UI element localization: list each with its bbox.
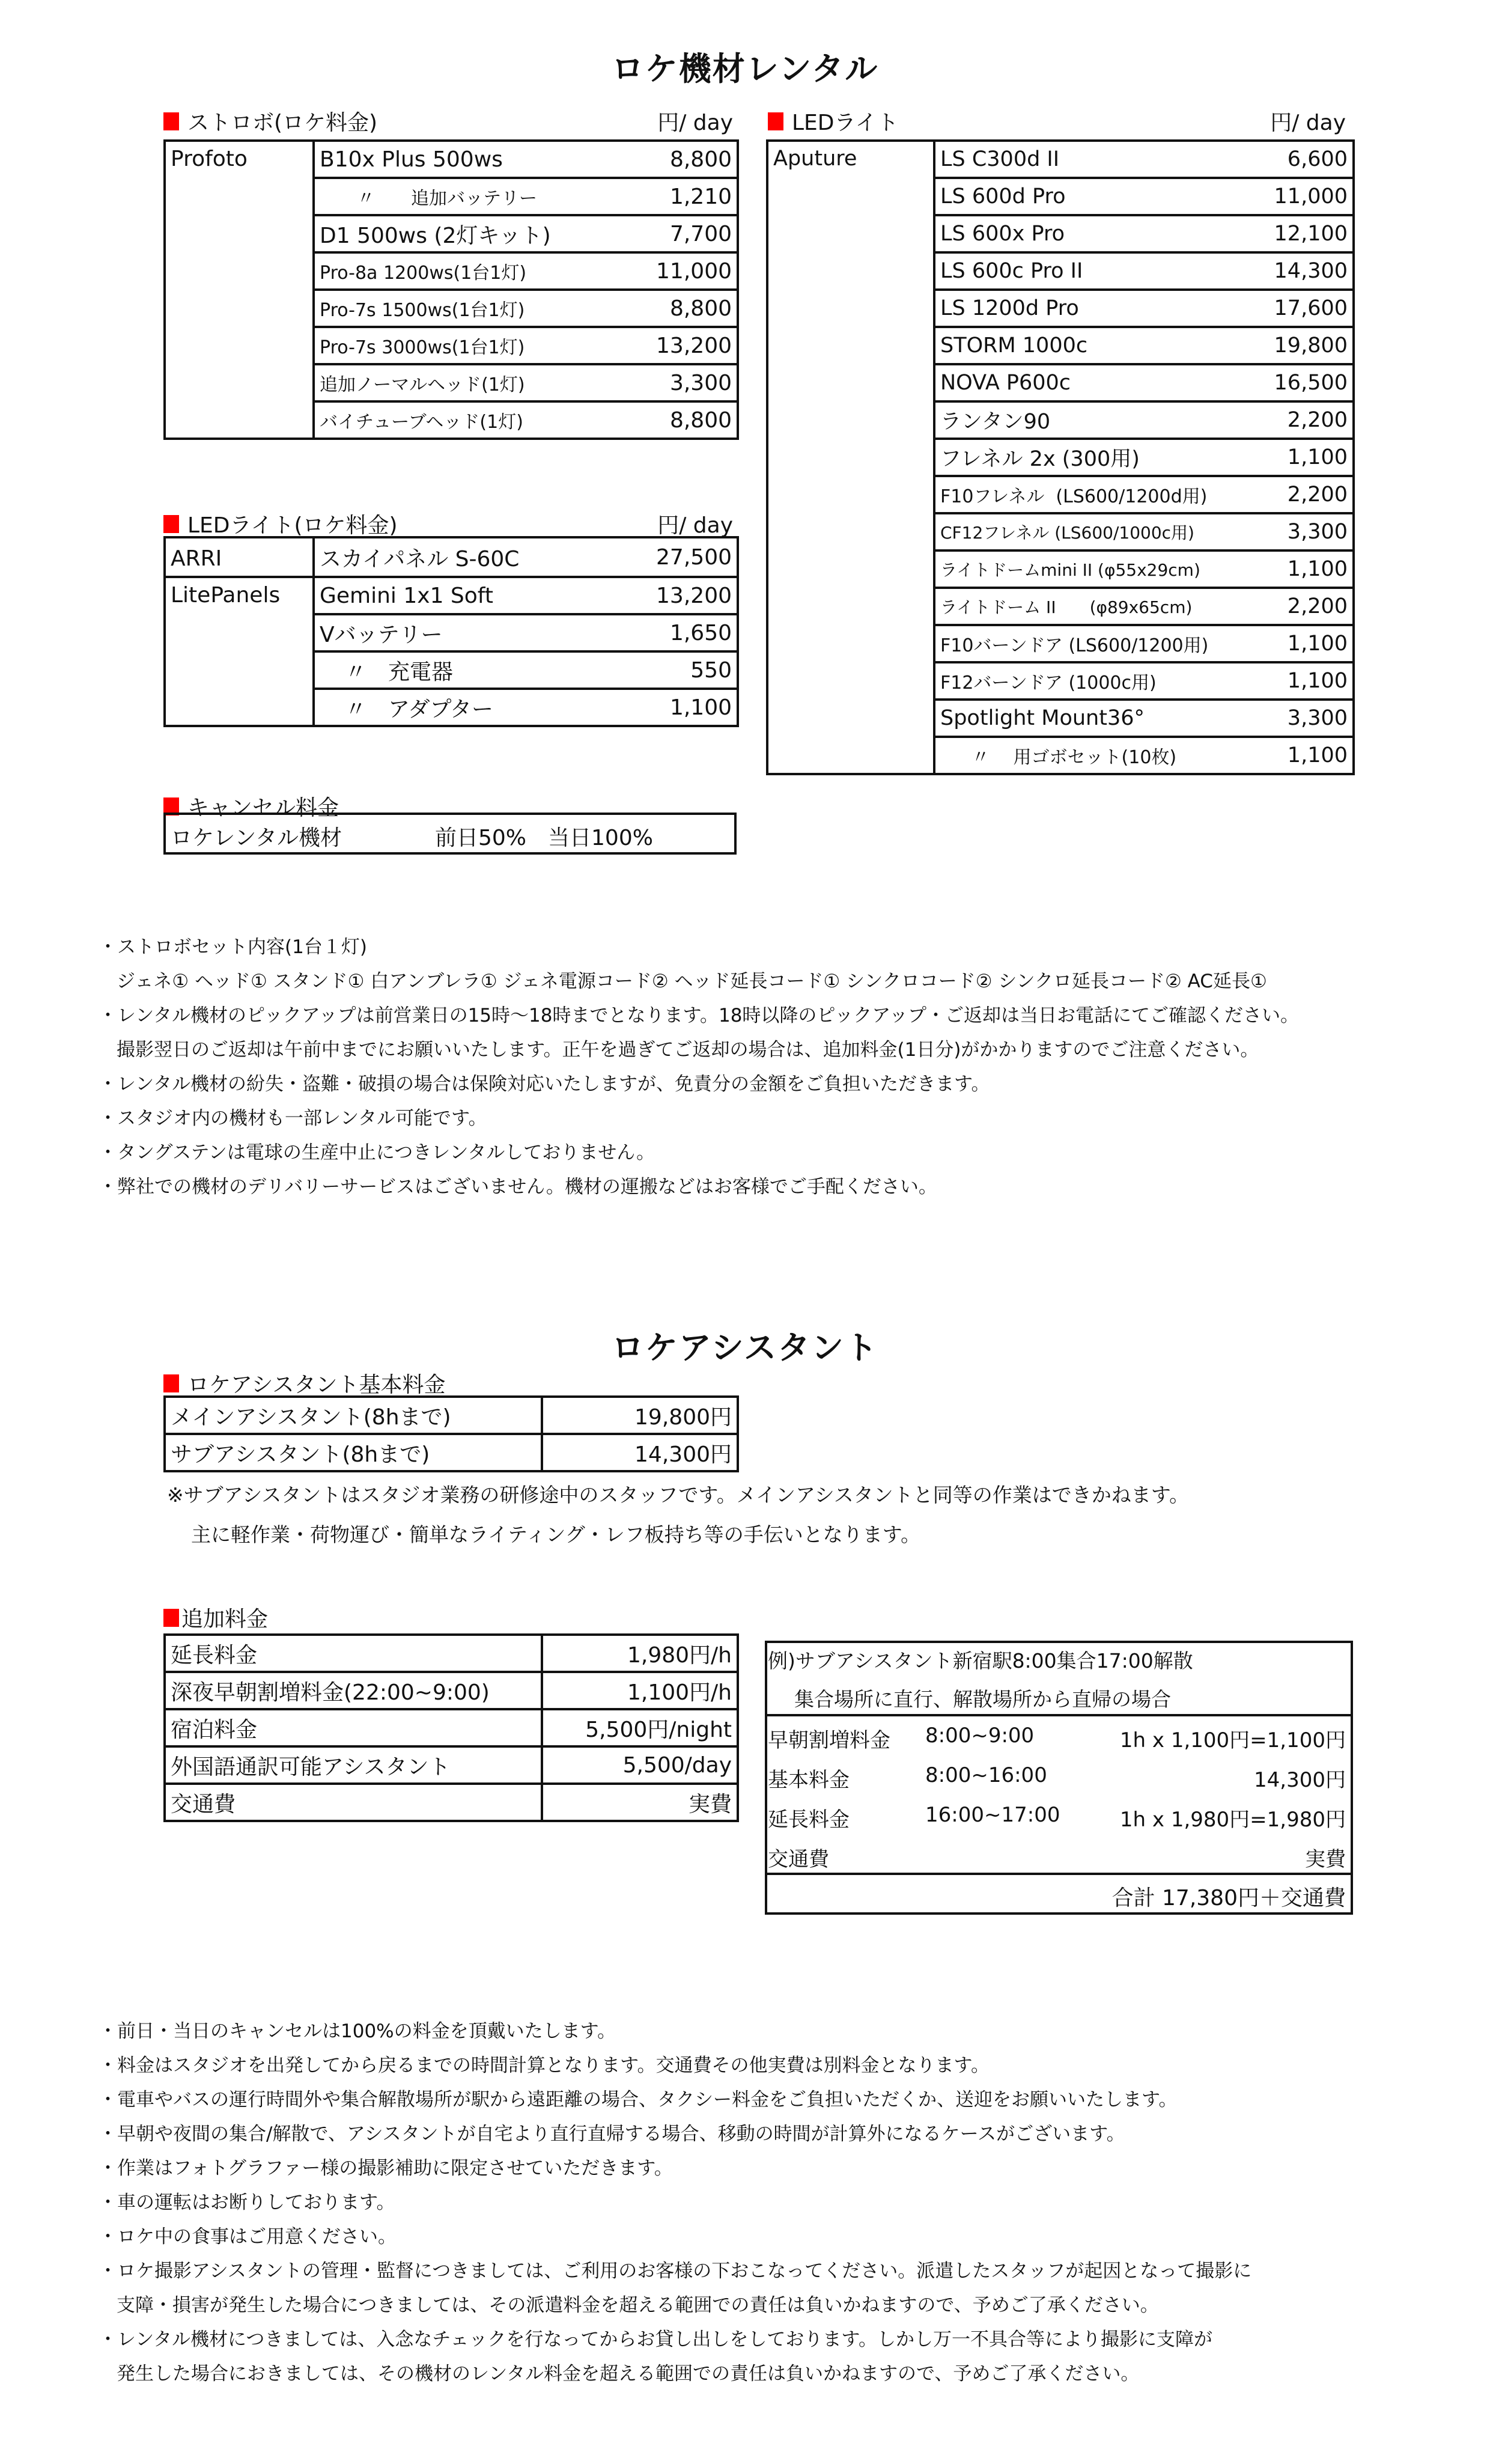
cancel-value: 前日50% 当日100% [435, 821, 653, 852]
item-name: Spotlight Mount36° [934, 700, 1247, 737]
note-line: ・レンタル機材のピックアップは前営業日の15時～18時までとなります。18時以降… [99, 999, 1299, 1033]
item-price: 14,300 [1247, 252, 1354, 290]
example-line-2: 集合場所に直行、解散場所から直帰の場合 [794, 1684, 1171, 1712]
led-location-price-table: ARRI スカイパネル S-60C 27,500 LitePanels Gemi… [163, 536, 739, 727]
item-price: 8,800 [626, 401, 738, 439]
item-name: F10フレネル (LS600/1200d用) [934, 476, 1247, 513]
note-line: ・作業はフォトグラファー様の撮影補助に限定させていただきます。 [99, 2151, 1251, 2186]
note-line: ・電車やバスの運行時間外や集合解散場所が駅から遠距離の場合、タクシー料金をご負担… [99, 2083, 1251, 2117]
row-value: 1,100円/h [542, 1672, 738, 1709]
item-name: LS 1200d Pro [934, 290, 1247, 327]
item-price: 3,300 [626, 364, 738, 401]
note-line: ・料金はスタジオを出発してから戻るまでの時間計算となります。交通費その他実費は別… [99, 2049, 1251, 2083]
table-row: メインアシスタント(8hまで) 19,800円 [165, 1397, 738, 1434]
note-line: ・レンタル機材の紛失・盗難・破損の場合は保険対応いたしますが、免責分の金額をご負… [99, 1067, 1299, 1102]
assistant-basic-table: メインアシスタント(8hまで) 19,800円 サブアシスタント(8hまで) 1… [163, 1395, 739, 1472]
item-price: 11,000 [626, 252, 738, 290]
cancel-label: ロケレンタル機材 [171, 821, 342, 852]
assistant-basic-heading: ロケアシスタント基本料金 [163, 1368, 445, 1398]
strobe-section-heading: ストロボ(ロケ料金) [163, 106, 377, 136]
row-value: 19,800円 [542, 1397, 738, 1434]
item-price: 7,700 [626, 215, 738, 252]
item-price: 1,650 [626, 614, 738, 651]
item-price: 13,200 [626, 577, 738, 614]
page-title-equipment-rental: ロケ機材レンタル [0, 43, 1490, 90]
example-total: 合計 17,380円＋交通費 [1057, 1881, 1346, 1912]
row-label: 深夜早朝割増料金(22:00~9:00) [165, 1672, 542, 1709]
note-line: ・車の運転はお断りしております。 [99, 2186, 1251, 2220]
note-line: ・ストロボセット内容(1台１灯) [99, 930, 1299, 965]
note-line: ・レンタル機材につきましては、入念なチェックを行なってからお貸し出しをしておりま… [99, 2323, 1251, 2357]
item-price: 6,600 [1247, 141, 1354, 178]
row-label: 宿泊料金 [165, 1709, 542, 1746]
led-location-section-heading: LEDライト(ロケ料金) [163, 508, 398, 539]
item-name: Pro-7s 3000ws(1台1灯) [314, 327, 626, 364]
item-price: 1,100 [1247, 439, 1354, 476]
red-square-icon [163, 515, 179, 533]
item-name: 〃 アダプター [314, 689, 626, 726]
item-price: 27,500 [626, 537, 738, 577]
item-price: 1,100 [1247, 737, 1354, 774]
table-row: LitePanels Gemini 1x1 Soft 13,200 [165, 577, 738, 614]
table-row: ARRI スカイパネル S-60C 27,500 [165, 537, 738, 577]
item-name: Vバッテリー [314, 614, 626, 651]
note-line: ・弊社での機材のデリバリーサービスはございません。機材の運搬などはお客様でご手配… [99, 1170, 1299, 1204]
note-line: 支障・損害が発生した場合につきましては、その派遣料金を超える範囲での責任は負いか… [99, 2289, 1251, 2323]
strobe-price-table: Profoto B10x Plus 500ws 8,800 〃 追加バッテリー … [163, 139, 739, 440]
item-name: 〃 充電器 [314, 651, 626, 689]
item-price: 17,600 [1247, 290, 1354, 327]
cancel-policy-box: ロケレンタル機材 前日50% 当日100% [163, 813, 737, 855]
note-line: ・ロケ撮影アシスタントの管理・監督につきましては、ご利用のお客様の下おこなってく… [99, 2254, 1251, 2289]
example-row-time: 16:00~17:00 [925, 1803, 1060, 1827]
table-row: サブアシスタント(8hまで) 14,300円 [165, 1434, 738, 1471]
item-price: 8,800 [626, 290, 738, 327]
led-heading-label: LEDライト [792, 106, 898, 136]
example-row-calc: 1h x 1,100円=1,100円 [1057, 1724, 1346, 1753]
example-line-1: 例)サブアシスタント新宿駅8:00集合17:00解散 [768, 1645, 1193, 1674]
item-price: 16,500 [1247, 364, 1354, 401]
item-price: 8,800 [626, 141, 738, 178]
note-line: 発生した場合におきましては、その機材のレンタル料金を超える範囲での責任は負いかね… [99, 2357, 1251, 2391]
led-unit-label: 円/ day [1214, 106, 1346, 136]
additional-fees-table: 延長料金1,980円/h 深夜早朝割増料金(22:00~9:00)1,100円/… [163, 1633, 739, 1822]
item-price: 11,000 [1247, 178, 1354, 215]
strobe-heading-label: ストロボ(ロケ料金) [187, 106, 377, 136]
item-name: LS 600x Pro [934, 215, 1247, 252]
note-line: ・スタジオ内の機材も一部レンタル可能です。 [99, 1102, 1299, 1136]
item-name: LS 600c Pro II [934, 252, 1247, 290]
item-name: バイチューブヘッド(1灯) [314, 401, 626, 439]
equipment-notes: ・ストロボセット内容(1台１灯) ジェネ① ヘッド① スタンド① 白アンブレラ①… [99, 930, 1299, 1204]
led-price-table: Aputure LS C300d II 6,600 LS 600d Pro11,… [766, 139, 1355, 775]
item-name: STORM 1000c [934, 327, 1247, 364]
table-row: Profoto B10x Plus 500ws 8,800 [165, 141, 738, 178]
item-name: ランタン90 [934, 401, 1247, 439]
item-price: 1,100 [1247, 550, 1354, 588]
example-row-label: 交通費 [768, 1843, 829, 1872]
row-label: 延長料金 [165, 1635, 542, 1672]
table-row: 交通費実費 [165, 1784, 738, 1821]
example-row-label: 早朝割増料金 [768, 1724, 890, 1753]
example-row-calc: 実費 [1057, 1843, 1346, 1872]
item-name: 〃 用ゴボセット(10枚) [934, 737, 1247, 774]
item-price: 1,100 [1247, 625, 1354, 662]
led-section-heading: LEDライト [768, 106, 898, 136]
table-row: 深夜早朝割増料金(22:00~9:00)1,100円/h [165, 1672, 738, 1709]
brand-cell: Profoto [165, 141, 314, 439]
item-price: 2,200 [1247, 588, 1354, 625]
item-price: 1,210 [626, 178, 738, 215]
assistant-notes: ・前日・当日のキャンセルは100%の料金を頂戴いたします。 ・料金はスタジオを出… [99, 2014, 1251, 2391]
row-value: 5,500円/night [542, 1709, 738, 1746]
example-row-time: 8:00~16:00 [925, 1763, 1047, 1787]
item-name: Gemini 1x1 Soft [314, 577, 626, 614]
table-row: Aputure LS C300d II 6,600 [767, 141, 1354, 178]
item-price: 1,100 [1247, 662, 1354, 700]
item-price: 2,200 [1247, 476, 1354, 513]
red-square-icon [163, 1609, 179, 1627]
additional-fees-heading-label: 追加料金 [181, 1602, 268, 1633]
item-name: Pro-8a 1200ws(1台1灯) [314, 252, 626, 290]
red-square-icon [163, 112, 179, 130]
row-value: 1,980円/h [542, 1635, 738, 1672]
table-row: 宿泊料金5,500円/night [165, 1709, 738, 1746]
red-square-icon [163, 1374, 179, 1392]
sub-assistant-note-1: ※サブアシスタントはスタジオ業務の研修途中のスタッフです。メインアシスタントと同… [167, 1480, 1189, 1508]
item-price: 2,200 [1247, 401, 1354, 439]
row-label: 外国語通訳可能アシスタント [165, 1746, 542, 1784]
item-price: 3,300 [1247, 513, 1354, 550]
table-row: 延長料金1,980円/h [165, 1635, 738, 1672]
item-name: ライトドームmini II (φ55x29cm) [934, 550, 1247, 588]
additional-fees-heading: 追加料金 [163, 1602, 268, 1633]
assistant-basic-heading-label: ロケアシスタント基本料金 [187, 1368, 445, 1398]
row-value: 14,300円 [542, 1434, 738, 1471]
item-name: フレネル 2x (300用) [934, 439, 1247, 476]
row-value: 5,500/day [542, 1746, 738, 1784]
item-price: 550 [626, 651, 738, 689]
item-name: B10x Plus 500ws [314, 141, 626, 178]
note-line: ・ロケ中の食事はご用意ください。 [99, 2220, 1251, 2254]
item-name: Pro-7s 1500ws(1台1灯) [314, 290, 626, 327]
page-title-assistant: ロケアシスタント [0, 1322, 1490, 1368]
note-line: ジェネ① ヘッド① スタンド① 白アンブレラ① ジェネ電源コード② ヘッド延長コ… [99, 965, 1299, 999]
example-row-label: 延長料金 [768, 1803, 850, 1832]
row-value: 実費 [542, 1784, 738, 1821]
item-name: NOVA P600c [934, 364, 1247, 401]
strobe-unit-label: 円/ day [601, 106, 733, 136]
item-price: 1,100 [626, 689, 738, 726]
item-name: 〃 追加バッテリー [314, 178, 626, 215]
item-price: 19,800 [1247, 327, 1354, 364]
note-line: ・タングステンは電球の生産中止につきレンタルしておりません。 [99, 1136, 1299, 1170]
item-name: F10バーンドア (LS600/1200用) [934, 625, 1247, 662]
row-label: 交通費 [165, 1784, 542, 1821]
item-price: 13,200 [626, 327, 738, 364]
item-name: 追加ノーマルヘッド(1灯) [314, 364, 626, 401]
red-square-icon [768, 112, 783, 130]
row-label: サブアシスタント(8hまで) [165, 1434, 542, 1471]
item-name: LS 600d Pro [934, 178, 1247, 215]
item-name: CF12フレネル (LS600/1000c用) [934, 513, 1247, 550]
item-name: LS C300d II [934, 141, 1247, 178]
sub-assistant-note-2: 主に軽作業・荷物運び・簡単なライティング・レフ板持ち等の手伝いとなります。 [191, 1519, 920, 1548]
note-line: ・前日・当日のキャンセルは100%の料金を頂戴いたします。 [99, 2014, 1251, 2049]
example-row-calc: 14,300円 [1057, 1763, 1346, 1793]
item-name: D1 500ws (2灯キット) [314, 215, 626, 252]
item-price: 3,300 [1247, 700, 1354, 737]
row-label: メインアシスタント(8hまで) [165, 1397, 542, 1434]
brand-cell: Aputure [767, 141, 934, 774]
example-row-label: 基本料金 [768, 1763, 850, 1793]
item-name: スカイパネル S-60C [314, 537, 626, 577]
led-location-unit-label: 円/ day [601, 508, 733, 539]
note-line: ・早朝や夜間の集合/解散で、アシスタントが自宅より直行直帰する場合、移動の時間が… [99, 2117, 1251, 2151]
item-price: 12,100 [1247, 215, 1354, 252]
note-line: 撮影翌日のご返却は午前中までにお願いいたします。正午を過ぎてご返却の場合は、追加… [99, 1033, 1299, 1067]
brand-cell: ARRI [165, 537, 314, 577]
brand-cell: LitePanels [165, 577, 314, 726]
example-row-calc: 1h x 1,980円=1,980円 [1057, 1803, 1346, 1832]
item-name: F12バーンドア (1000c用) [934, 662, 1247, 700]
table-row: 外国語通訳可能アシスタント5,500/day [165, 1746, 738, 1784]
led-location-heading-label: LEDライト(ロケ料金) [187, 508, 398, 539]
example-row-time: 8:00~9:00 [925, 1724, 1034, 1748]
item-name: ライトドーム II (φ89x65cm) [934, 588, 1247, 625]
